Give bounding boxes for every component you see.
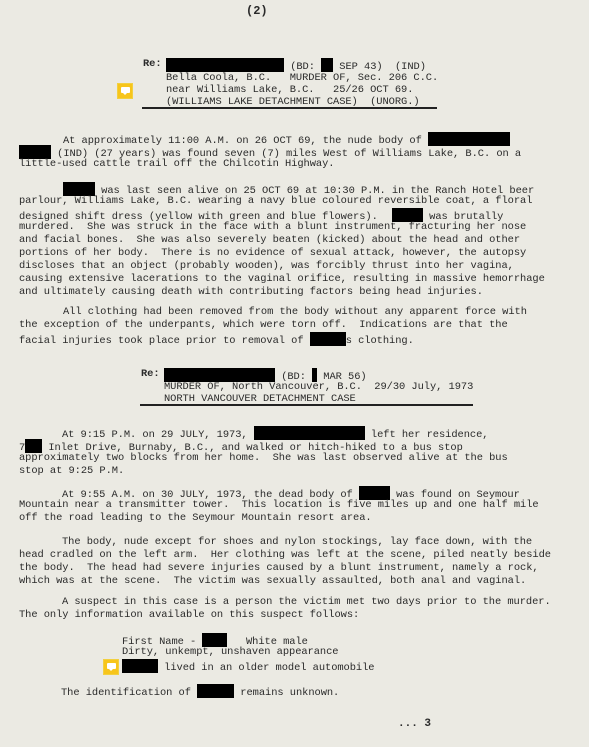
suspect-vehicle: lived in an older model automobile xyxy=(122,659,375,675)
redaction xyxy=(166,58,284,72)
redaction xyxy=(197,684,234,698)
text-line: little-used cattle trail off the Chilcot… xyxy=(19,158,334,171)
text-line: and ultimately causing death with contri… xyxy=(19,286,483,299)
divider-rule xyxy=(142,107,437,109)
case2-location: MURDER OF, North Vancouver, B.C. 29/30 J… xyxy=(164,381,473,394)
text-span: lived in an older model automobile xyxy=(158,662,375,674)
text-line: the exception of the underpants, which w… xyxy=(19,319,508,332)
redaction xyxy=(202,633,227,647)
redaction xyxy=(321,58,333,72)
divider-rule xyxy=(140,404,473,406)
text-span: remains unknown. xyxy=(234,687,339,699)
text-line: The only information available on this s… xyxy=(19,609,359,622)
text-line: which was at the scene. The victim was s… xyxy=(19,575,526,588)
redaction xyxy=(254,426,365,440)
text-line: Mountain near a transmitter tower. This … xyxy=(19,499,539,512)
text-line: causing extensive lacerations to the vag… xyxy=(19,273,545,286)
text-line: parlour, Williams Lake, B.C. wearing a n… xyxy=(19,195,532,208)
text-line: stop at 9:25 P.M. xyxy=(19,465,124,478)
case2-re-label: Re: xyxy=(141,368,160,381)
text-line: A suspect in this case is a person the v… xyxy=(62,596,551,609)
text-span: facial injuries took place prior to remo… xyxy=(19,335,304,347)
redaction xyxy=(164,368,275,382)
text-line: head cradled on the left arm. Her clothi… xyxy=(19,549,551,562)
text-line: facial injuries took place prior to remo… xyxy=(19,332,414,348)
text-line: the body. The head had severe injuries c… xyxy=(19,562,539,575)
comment-note-icon[interactable] xyxy=(117,83,133,99)
text-span: s clothing. xyxy=(346,335,414,347)
text-line: and facial bones. She was also severely … xyxy=(19,234,520,247)
redaction xyxy=(428,132,510,146)
page-number: (2) xyxy=(246,4,268,18)
text-line: off the road leading to the Seymour Moun… xyxy=(19,512,372,525)
text-line: approximately two blocks from her home. … xyxy=(19,452,508,465)
case2-paragraph-5: The identification of remains unknown. xyxy=(61,684,339,700)
text-line: The body, nude except for shoes and nylo… xyxy=(62,536,532,549)
comment-note-icon[interactable] xyxy=(103,659,119,675)
text-line: discloses that an object (probably woode… xyxy=(19,260,514,273)
redaction xyxy=(392,208,423,222)
case1-near: near Williams Lake, B.C. 25/26 OCT 69. xyxy=(166,84,413,97)
text-line: murdered. She was struck in the face wit… xyxy=(19,221,526,234)
case1-re-label: Re: xyxy=(143,58,162,71)
case1-location: Bella Coola, B.C. MURDER OF, Sec. 206 C.… xyxy=(166,72,438,85)
redaction xyxy=(19,145,51,159)
text-line: All clothing had been removed from the b… xyxy=(63,306,527,319)
text-line: portions of her body. There is no eviden… xyxy=(19,247,526,260)
redaction xyxy=(25,439,42,453)
text-span: The identification of xyxy=(61,687,197,699)
document-page: (2) Re: (BD: SEP 43) (IND) Bella Coola, … xyxy=(0,0,589,747)
suspect-appearance: Dirty, unkempt, unshaven appearance xyxy=(122,646,339,659)
redaction xyxy=(359,486,390,500)
continuation-marker: ... 3 xyxy=(398,718,431,730)
redaction xyxy=(63,182,95,196)
redaction xyxy=(122,659,158,673)
redaction xyxy=(310,332,346,346)
